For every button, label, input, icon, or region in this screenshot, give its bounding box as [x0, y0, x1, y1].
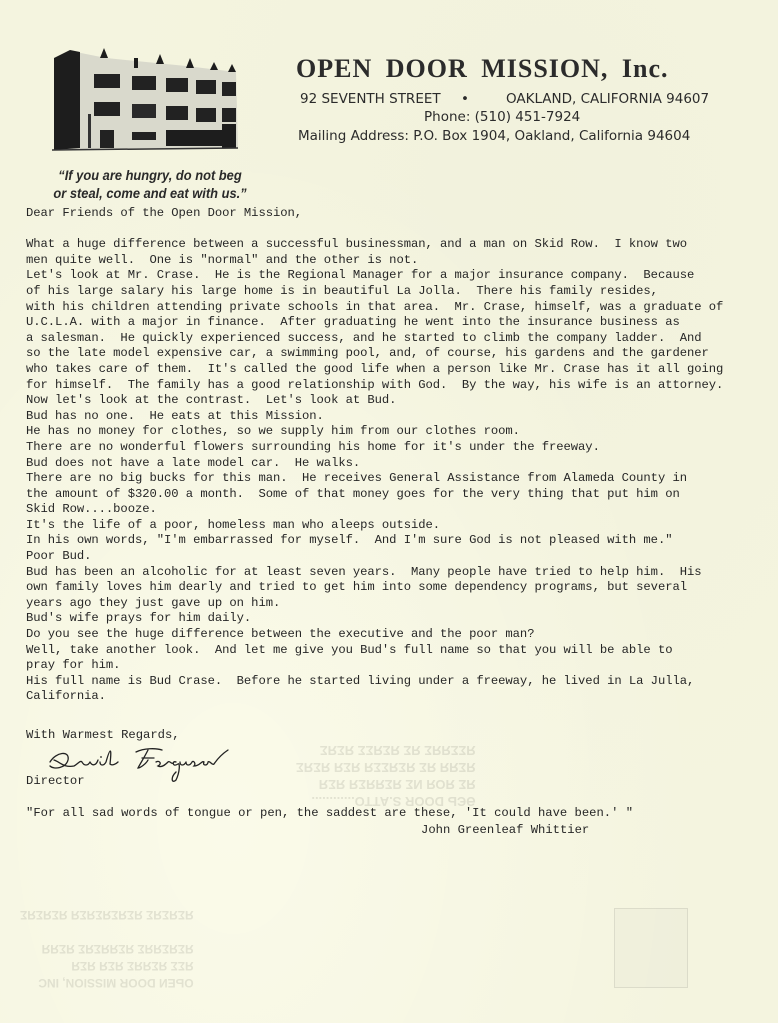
city-address: OAKLAND, CALIFORNIA 94607	[506, 91, 709, 107]
letter-line: Well, take another look. And let me give…	[26, 643, 778, 659]
letter-line: Poor Bud.	[26, 549, 778, 565]
quote-author: John Greenleaf Whittier	[421, 823, 589, 837]
closing-quote: "For all sad words of tongue or pen, the…	[26, 806, 633, 820]
letter-line: of his large salary his large home is in…	[26, 284, 778, 300]
letter-line: U.C.L.A. with a major in finance. After …	[26, 315, 778, 331]
mission-motto: “If you are hungry, do not beg or steal,…	[49, 166, 251, 202]
bleed-through-postage-box	[614, 908, 688, 988]
letter-line: for himself. The family has a good relat…	[26, 378, 778, 394]
bleed-through-return-address: ОЬЕИ DOOR MISSION, INC ЯΣΣ ЯΣЯЯΣ ЯΣЯ ЯΣЯ…	[20, 906, 194, 991]
letter-line: years ago they just gave up on him.	[26, 596, 778, 612]
phone-number: Phone: (510) 451-7924	[424, 109, 580, 125]
letter-page: “If you are hungry, do not beg or steal,…	[0, 0, 778, 1023]
letter-line: men quite well. One is "normal" and the …	[26, 253, 778, 269]
letter-line: Bud's wife prays for him daily.	[26, 611, 778, 627]
letter-line: so the late model expensive car, a swimm…	[26, 346, 778, 362]
letter-line: the amount of $320.00 a month. Some of t…	[26, 487, 778, 503]
letter-line: Now let's look at the contrast. Let's lo…	[26, 393, 778, 409]
letter-line: own family loves him dearly and tried to…	[26, 580, 778, 596]
signer-title: Director	[26, 774, 85, 788]
motto-line-2: or steal, come and eat with us.”	[49, 184, 251, 202]
letter-line: a salesman. He quickly experienced succe…	[26, 331, 778, 347]
letter-line: There are no big bucks for this man. He …	[26, 471, 778, 487]
organization-name: OPEN DOOR MISSION, Inc.	[296, 54, 669, 84]
letter-line: What a huge difference between a success…	[26, 237, 778, 253]
building-photo-icon	[46, 44, 246, 162]
address-bullet: •	[461, 91, 469, 107]
letter-line: Bud has no one. He eats at this Mission.	[26, 409, 778, 425]
letter-line: Do you see the huge difference between t…	[26, 627, 778, 643]
letter-line: He has no money for clothes, so we suppl…	[26, 424, 778, 440]
letter-line: pray for him.	[26, 658, 778, 674]
letter-line: with his children attending private scho…	[26, 300, 778, 316]
letter-line: In his own words, "I'm embarrassed for m…	[26, 533, 778, 549]
letter-line: who takes care of them. It's called the …	[26, 362, 778, 378]
letter-line: California.	[26, 689, 778, 705]
letter-line: His full name is Bud Crase. Before he st…	[26, 674, 778, 690]
letter-line: Skid Row....booze.	[26, 502, 778, 518]
street-address: 92 SEVENTH STREET	[300, 91, 441, 107]
mailing-address: Mailing Address: P.O. Box 1904, Oakland,…	[298, 128, 690, 144]
letter-paragraphs: What a huge difference between a success…	[26, 237, 778, 705]
letter-body: Dear Friends of the Open Door Mission, W…	[26, 206, 778, 705]
bleed-through-text: ӘЄЬ DOOR Ѕ.АТТО............ ЯΣ ЯОЯ ИΣ ЯΣ…	[296, 742, 476, 810]
salutation: Dear Friends of the Open Door Mission,	[26, 206, 778, 222]
letter-line: Bud does not have a late model car. He w…	[26, 456, 778, 472]
letter-line: It's the life of a poor, homeless man wh…	[26, 518, 778, 534]
motto-line-1: “If you are hungry, do not beg	[49, 166, 251, 184]
letter-line: Let's look at Mr. Crase. He is the Regio…	[26, 268, 778, 284]
letter-line: There are no wonderful flowers surroundi…	[26, 440, 778, 456]
letter-line: Bud has been an alcoholic for at least s…	[26, 565, 778, 581]
